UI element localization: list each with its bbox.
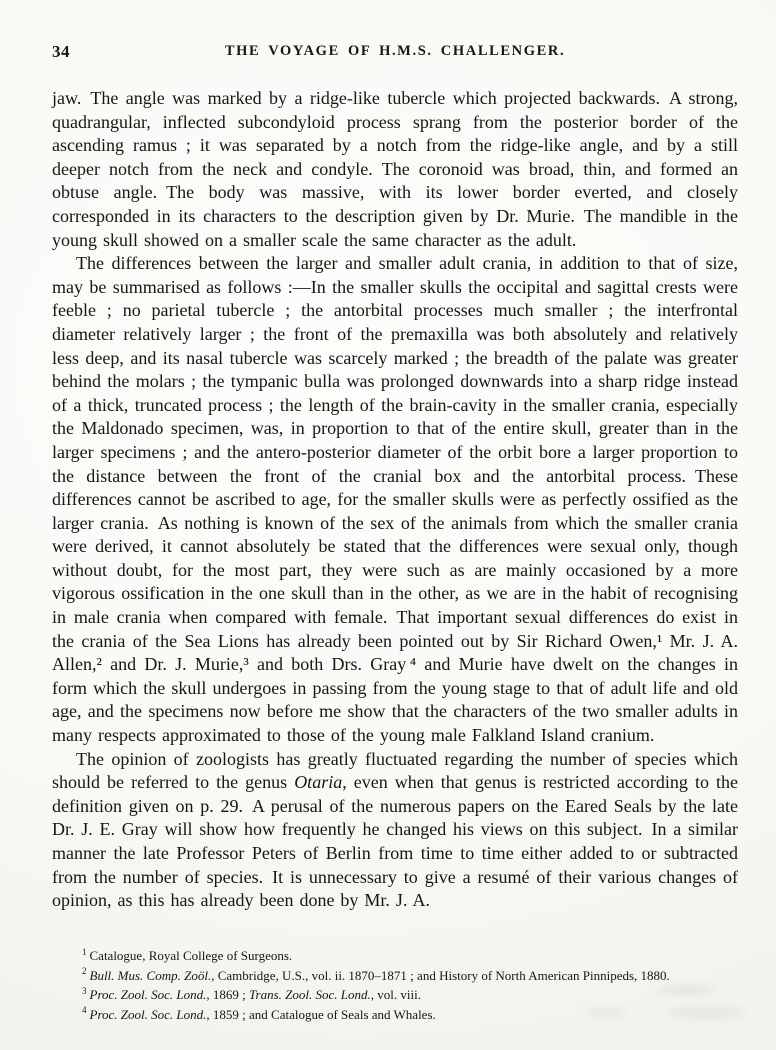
footnote-marker: 3 (82, 986, 87, 996)
footnote-text: , 1859 ; and Catalogue of Seals and Whal… (206, 1007, 435, 1022)
paragraph-1: jaw. The angle was marked by a ridge-lik… (52, 87, 738, 252)
journal-title-italic: Bull. Mus. Comp. Zoöl. (90, 968, 212, 983)
paragraph-3-text: , even when that genus is restricted acc… (52, 772, 738, 910)
book-page: 34 THE VOYAGE OF H.M.S. CHALLENGER. jaw.… (0, 0, 776, 1050)
paragraph-2: The differences between the larger and s… (52, 252, 738, 747)
genus-name-italic: Otaria (294, 772, 342, 792)
journal-title-italic: Proc. Zool. Soc. Lond. (90, 1007, 207, 1022)
page-body: jaw. The angle was marked by a ridge-lik… (52, 87, 738, 913)
footnote-4: 4Proc. Zool. Soc. Lond., 1859 ; and Cata… (52, 1005, 750, 1025)
page-header: 34 THE VOYAGE OF H.M.S. CHALLENGER. (52, 42, 738, 64)
footnote-marker: 4 (82, 1005, 87, 1015)
scan-smudge (666, 1008, 746, 1018)
footnote-text: , 1869 ; (206, 987, 249, 1002)
footnote-text: , vol. viii. (371, 987, 421, 1002)
paragraph-3: The opinion of zoologists has greatly fl… (52, 748, 738, 913)
scan-smudge (656, 985, 716, 995)
footnote-marker: 2 (82, 966, 87, 976)
journal-title-italic: Proc. Zool. Soc. Lond. (90, 987, 207, 1002)
footnote-2: 2Bull. Mus. Comp. Zoöl., Cambridge, U.S.… (52, 966, 750, 986)
footnote-text: , Cambridge, U.S., vol. ii. 1870–1871 ; … (211, 968, 670, 983)
footnote-marker: 1 (82, 947, 87, 957)
footnote-3: 3Proc. Zool. Soc. Lond., 1869 ; Trans. Z… (52, 985, 750, 1005)
footnotes: 1Catalogue, Royal College of Surgeons. 2… (52, 946, 750, 1024)
footnote-text: Catalogue, Royal College of Surgeons. (90, 948, 293, 963)
scan-smudge (586, 1009, 626, 1017)
journal-title-italic: Trans. Zool. Soc. Lond. (249, 987, 371, 1002)
footnote-1: 1Catalogue, Royal College of Surgeons. (52, 946, 750, 966)
running-head: THE VOYAGE OF H.M.S. CHALLENGER. (52, 43, 738, 60)
